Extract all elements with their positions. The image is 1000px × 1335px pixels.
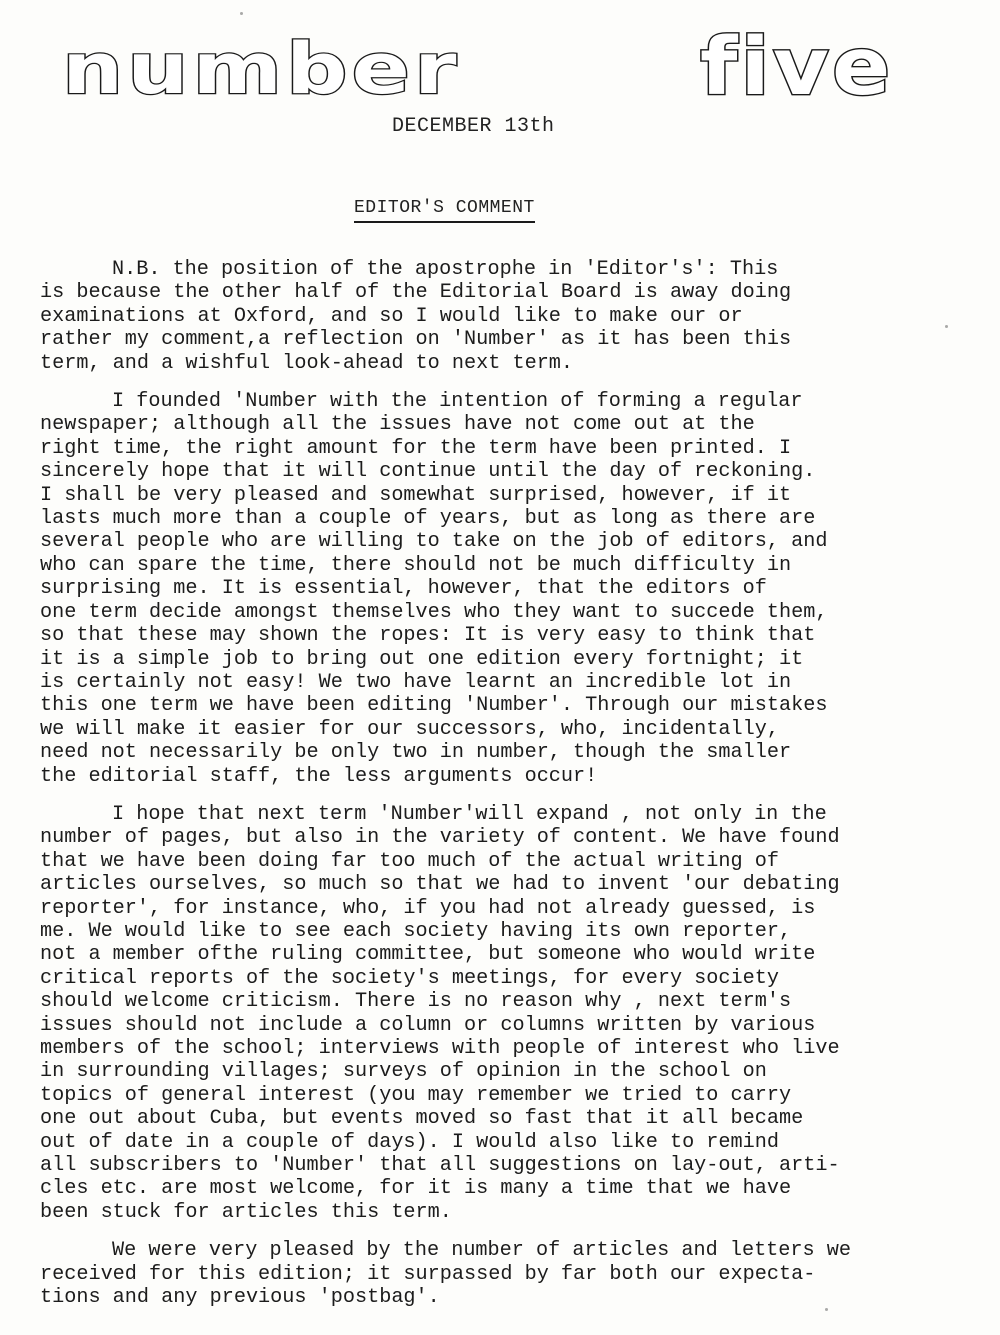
text-line: examinations at Oxford, and so I would l… bbox=[40, 305, 990, 328]
text-line: articles ourselves, so much so that we h… bbox=[40, 873, 990, 896]
text-line: members of the school; interviews with p… bbox=[40, 1037, 990, 1060]
text-line: surprising me. It is essential, however,… bbox=[40, 577, 990, 600]
masthead-title-five: five bbox=[700, 28, 893, 107]
text-line: issues should not include a column or co… bbox=[40, 1014, 990, 1037]
text-line: one term decide amongst themselves who t… bbox=[40, 601, 990, 624]
text-line: rather my comment,a reflection on 'Numbe… bbox=[40, 328, 990, 351]
paragraph: I founded 'Number with the intention of … bbox=[40, 390, 990, 788]
paper-speck bbox=[240, 12, 243, 15]
text-line: the editorial staff, the less arguments … bbox=[40, 765, 990, 788]
paragraph: N.B. the position of the apostrophe in '… bbox=[40, 258, 990, 375]
paragraph: We were very pleased by the number of ar… bbox=[40, 1239, 990, 1309]
text-line: sincerely hope that it will continue unt… bbox=[40, 460, 990, 483]
text-line: reporter', for instance, who, if you had… bbox=[40, 897, 990, 920]
text-line: tions and any previous 'postbag'. bbox=[40, 1286, 990, 1309]
text-line: We were very pleased by the number of ar… bbox=[40, 1239, 990, 1262]
masthead-title-number: number bbox=[62, 34, 460, 105]
text-line: I shall be very pleased and somewhat sur… bbox=[40, 484, 990, 507]
text-line: number of pages, but also in the variety… bbox=[40, 826, 990, 849]
text-line: been stuck for articles this term. bbox=[40, 1201, 990, 1224]
text-line: I founded 'Number with the intention of … bbox=[40, 390, 990, 413]
text-line: we will make it easier for our successor… bbox=[40, 718, 990, 741]
text-line: lasts much more than a couple of years, … bbox=[40, 507, 990, 530]
text-line: cles etc. are most welcome, for it is ma… bbox=[40, 1177, 990, 1200]
masthead: number five bbox=[0, 22, 1000, 112]
text-line: several people who are willing to take o… bbox=[40, 530, 990, 553]
text-line: that we have been doing far too much of … bbox=[40, 850, 990, 873]
issue-date: DECEMBER 13th bbox=[392, 115, 555, 138]
text-line: N.B. the position of the apostrophe in '… bbox=[40, 258, 990, 281]
text-line: so that these may shown the ropes: It is… bbox=[40, 624, 990, 647]
text-line: who can spare the time, there should not… bbox=[40, 554, 990, 577]
text-line: term, and a wishful look-ahead to next t… bbox=[40, 352, 990, 375]
text-line: should welcome criticism. There is no re… bbox=[40, 990, 990, 1013]
text-line: out of date in a couple of days). I woul… bbox=[40, 1131, 990, 1154]
text-line: I hope that next term 'Number'will expan… bbox=[40, 803, 990, 826]
text-line: newspaper; although all the issues have … bbox=[40, 413, 990, 436]
text-line: topics of general interest (you may reme… bbox=[40, 1084, 990, 1107]
text-line: is because the other half of the Editori… bbox=[40, 281, 990, 304]
text-line: all subscribers to 'Number' that all sug… bbox=[40, 1154, 990, 1177]
text-line: received for this edition; it surpassed … bbox=[40, 1263, 990, 1286]
text-line: me. We would like to see each society ha… bbox=[40, 920, 990, 943]
paper-speck bbox=[945, 325, 948, 328]
text-line: one out about Cuba, but events moved so … bbox=[40, 1107, 990, 1130]
text-line: right time, the right amount for the ter… bbox=[40, 437, 990, 460]
paragraph: I hope that next term 'Number'will expan… bbox=[40, 803, 990, 1224]
document-page: number five DECEMBER 13th EDITOR'S COMME… bbox=[0, 0, 1000, 1335]
text-line: critical reports of the society's meetin… bbox=[40, 967, 990, 990]
text-line: this one term we have been editing 'Numb… bbox=[40, 694, 990, 717]
section-heading: EDITOR'S COMMENT bbox=[354, 198, 535, 223]
text-line: not a member ofthe ruling committee, but… bbox=[40, 943, 990, 966]
article-body: N.B. the position of the apostrophe in '… bbox=[40, 258, 990, 1324]
text-line: is certainly not easy! We two have learn… bbox=[40, 671, 990, 694]
paper-speck bbox=[825, 1308, 828, 1311]
text-line: need not necessarily be only two in numb… bbox=[40, 741, 990, 764]
text-line: it is a simple job to bring out one edit… bbox=[40, 648, 990, 671]
text-line: in surrounding villages; surveys of opin… bbox=[40, 1060, 990, 1083]
